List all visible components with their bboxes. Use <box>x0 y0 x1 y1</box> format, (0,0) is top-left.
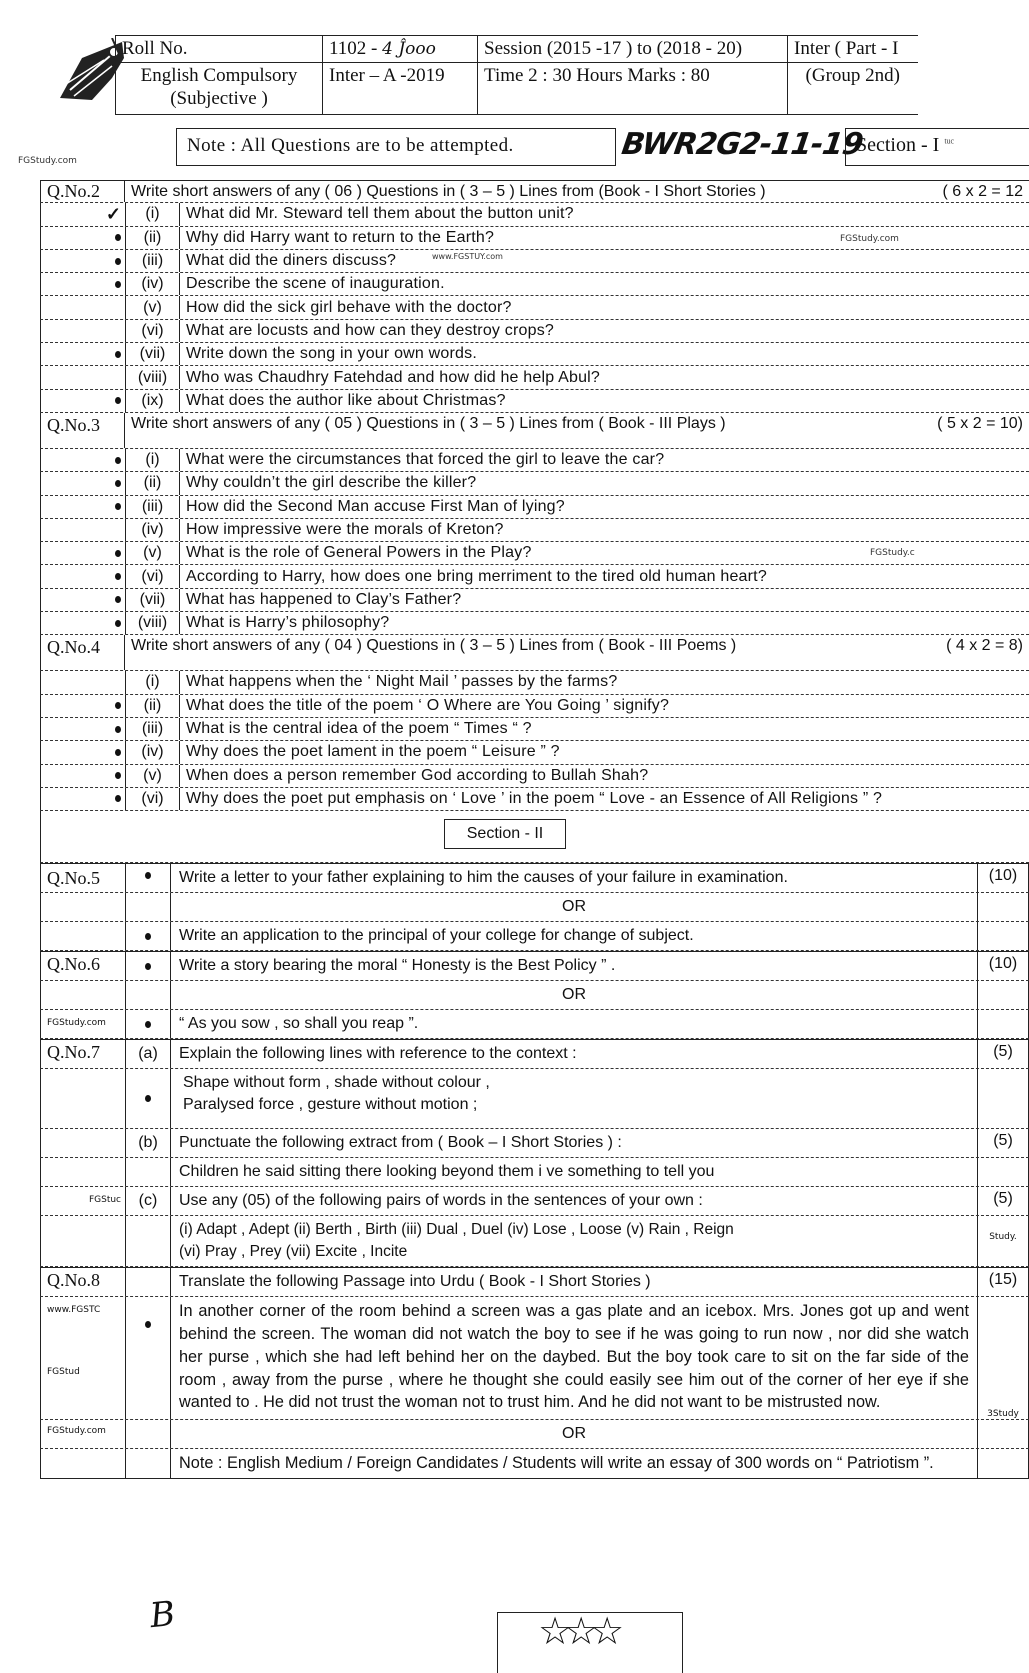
q2-label: Q.No.2 <box>40 181 125 202</box>
bullet-icon <box>145 872 151 879</box>
q4-item-row: (i)What happens when the ‘ Night Mail ’ … <box>40 671 1029 694</box>
bullet-icon <box>115 503 121 510</box>
star-icon: ☆☆☆ <box>538 1613 616 1651</box>
q6-or-row: OR <box>40 981 1029 1010</box>
item-text: Write down the song in your own words. <box>180 343 1029 365</box>
inter-part: Inter ( Part - I <box>788 36 918 63</box>
q6-marks: (10) <box>977 952 1029 980</box>
handwritten-code: BWR2G2-11-19 <box>620 127 865 162</box>
note-all-questions: Note : All Questions are to be attempted… <box>176 128 616 166</box>
q6-row: Q.No.6 Write a story bearing the moral “… <box>40 951 1029 981</box>
item-text: How impressive were the morals of Kreton… <box>180 519 1029 541</box>
item-text: Who was Chaudhry Fatehdad and how did he… <box>180 366 1029 388</box>
item-text: What has happened to Clay’s Father? <box>180 589 1029 611</box>
session: Session (2015 -17 ) to (2018 - 20) <box>478 36 788 63</box>
q3-instruction: Write short answers of any ( 05 ) Questi… <box>125 413 1029 448</box>
q2-item-row: (viii)Who was Chaudhry Fatehdad and how … <box>40 366 1029 389</box>
q7a-line-2: Paralysed force , gesture without motion… <box>183 1094 969 1116</box>
q2-item-row: (vi)What are locusts and how can they de… <box>40 320 1029 343</box>
q7b-extract: Children he said sitting there looking b… <box>170 1158 977 1186</box>
item-text: What is the central idea of the poem “ T… <box>180 718 1029 740</box>
item-number: (i) <box>125 203 180 225</box>
bullet-icon <box>115 772 121 779</box>
watermark: FGStudy.com <box>40 1010 125 1038</box>
q4-item-row: (iii)What is the central idea of the poe… <box>40 718 1029 741</box>
bullet-icon <box>145 1321 151 1328</box>
bullet-icon <box>115 234 121 241</box>
q4-header-row: Q.No.4 Write short answers of any ( 04 )… <box>40 635 1029 671</box>
bullet-icon <box>115 596 121 603</box>
q4-item-row: (v)When does a person remember God accor… <box>40 765 1029 788</box>
item-text: Why did Harry want to return to the Eart… <box>180 227 1029 249</box>
watermark: 3Study <box>977 1297 1029 1419</box>
item-number: (iv) <box>125 519 180 541</box>
q8-passage-row: www.FGSTC FGStud In another corner of th… <box>40 1297 1029 1420</box>
group: (Group 2nd) <box>788 63 918 115</box>
q7a-row: Q.No.7 (a) Explain the following lines w… <box>40 1039 1029 1069</box>
q2-item-row: ✓(i)What did Mr. Steward tell them about… <box>40 203 1029 226</box>
q5-or-row: OR <box>40 893 1029 922</box>
q2-instruction: Write short answers of any ( 06 ) Questi… <box>125 181 1029 202</box>
bullet-icon <box>115 281 121 288</box>
bullet-icon <box>115 550 121 557</box>
item-number: (v) <box>125 765 180 787</box>
item-text: When does a person remember God accordin… <box>180 765 1029 787</box>
q5-marks: (10) <box>977 864 1029 892</box>
bullet-icon <box>115 397 121 404</box>
item-number: (viii) <box>125 366 180 388</box>
q3-item-row: (vi)According to Harry, how does one bri… <box>40 565 1029 588</box>
item-number: (vi) <box>125 565 180 587</box>
bullet-icon <box>115 726 121 733</box>
q7b-text: Punctuate the following extract from ( B… <box>170 1129 977 1157</box>
item-number: (viii) <box>125 612 180 634</box>
q7b-marks: (5) <box>977 1129 1029 1157</box>
q4-item-row: (iv)Why does the poet lament in the poem… <box>40 741 1029 764</box>
item-text: According to Harry, how does one bring m… <box>180 565 1029 587</box>
q7b-label: (b) <box>125 1129 170 1157</box>
section-1-grid: Q.No.2 Write short answers of any ( 06 )… <box>40 180 1029 1479</box>
q4-item-row: (vi)Why does the poet put emphasis on ‘ … <box>40 788 1029 811</box>
watermark: FGStudy.com <box>840 234 899 244</box>
bullet-icon <box>115 351 121 358</box>
item-number: (iv) <box>125 741 180 763</box>
handwritten-signature: B <box>148 1594 177 1636</box>
q7c-label: (c) <box>125 1187 170 1215</box>
item-text: What does the author like about Christma… <box>180 390 1029 412</box>
check-mark-icon: ✓ <box>106 204 121 225</box>
q8-row: Q.No.8 Translate the following Passage i… <box>40 1267 1029 1297</box>
item-number: (ii) <box>125 695 180 717</box>
item-number: (vii) <box>125 589 180 611</box>
q7a-lines-row: Shape without form , shade without colou… <box>40 1069 1029 1129</box>
item-text: How did the sick girl behave with the do… <box>180 296 1029 318</box>
watermark: Study. <box>977 1216 1029 1266</box>
watermark: FGStuc <box>40 1187 125 1215</box>
q7a-text: Explain the following lines with referen… <box>170 1040 977 1068</box>
bullet-icon <box>145 933 151 940</box>
item-number: (vi) <box>125 320 180 342</box>
bullet-icon <box>115 620 121 627</box>
q2-item-row: (iv)Describe the scene of inauguration. <box>40 273 1029 296</box>
q8-passage: In another corner of the room behind a s… <box>170 1297 977 1419</box>
q2-item-row: (iii)What did the diners discuss? <box>40 250 1029 273</box>
item-number: (vi) <box>125 788 180 810</box>
q7b-row: (b) Punctuate the following extract from… <box>40 1129 1029 1158</box>
item-number: (iv) <box>125 273 180 295</box>
item-text: What did the diners discuss? <box>180 250 1029 272</box>
item-number: (i) <box>125 671 180 693</box>
q7a-line-1: Shape without form , shade without colou… <box>183 1072 969 1094</box>
section-2-label: Section - II <box>444 819 566 849</box>
item-number: (ii) <box>125 472 180 494</box>
watermark: www.FGSTUY.com <box>432 252 503 261</box>
item-text: What happens when the ‘ Night Mail ’ pas… <box>180 671 1029 693</box>
q7c-text: Use any (05) of the following pairs of w… <box>170 1187 977 1215</box>
q7c-pairs-row: (i) Adapt , Adept (ii) Berth , Birth (ii… <box>40 1216 1029 1267</box>
q7c-pairs-line-1: (i) Adapt , Adept (ii) Berth , Birth (ii… <box>179 1219 969 1241</box>
q5-alt: Write an application to the principal of… <box>170 922 977 950</box>
item-text: How did the Second Man accuse First Man … <box>180 496 1029 518</box>
q7a-label: (a) <box>125 1040 170 1068</box>
q3-item-row: (vii)What has happened to Clay’s Father? <box>40 589 1029 612</box>
item-text: Why does the poet put emphasis on ‘ Love… <box>180 788 1029 810</box>
q2-item-row: (ix)What does the author like about Chri… <box>40 390 1029 413</box>
item-text: Why couldn’t the girl describe the kille… <box>180 472 1029 494</box>
bullet-icon <box>115 573 121 580</box>
q3-label: Q.No.3 <box>40 413 125 448</box>
q6-text: Write a story bearing the moral “ Honest… <box>170 952 977 980</box>
item-text: What were the circumstances that forced … <box>180 449 1029 471</box>
item-number: (ii) <box>125 227 180 249</box>
item-text: What does the title of the poem ‘ O Wher… <box>180 695 1029 717</box>
bullet-icon <box>115 795 121 802</box>
q3-header-row: Q.No.3 Write short answers of any ( 05 )… <box>40 413 1029 449</box>
watermark: FGStudy.com <box>18 156 77 166</box>
bullet-icon <box>145 1021 151 1028</box>
watermark: FGStudy.c <box>870 548 915 558</box>
q2-item-row: (vii)Write down the song in your own wor… <box>40 343 1029 366</box>
q5-row: Q.No.5 Write a letter to your father exp… <box>40 863 1029 893</box>
bullet-icon <box>115 749 121 756</box>
item-number: (v) <box>125 296 180 318</box>
bullet-icon <box>115 702 121 709</box>
q5-alt-row: Write an application to the principal of… <box>40 922 1029 951</box>
time-marks: Time 2 : 30 Hours Marks : 80 <box>478 63 788 115</box>
q2-header-row: Q.No.2 Write short answers of any ( 06 )… <box>40 180 1029 203</box>
q8-marks: (15) <box>977 1268 1029 1296</box>
q8-label: Q.No.8 <box>40 1268 125 1296</box>
item-text: Why does the poet lament in the poem “ L… <box>180 741 1029 763</box>
q8-note: Note : English Medium / Foreign Candidat… <box>170 1449 977 1478</box>
roll-number: 1102 - 4 Ĵooo <box>323 36 478 63</box>
section-1-label: Section - I tuc <box>845 128 1029 166</box>
item-number: (v) <box>125 542 180 564</box>
q7a-marks: (5) <box>977 1040 1029 1068</box>
q8-or-row: FGStudy.com OR <box>40 1420 1029 1449</box>
item-text: Describe the scene of inauguration. <box>180 273 1029 295</box>
bullet-icon <box>115 258 121 265</box>
q6-alt: “ As you sow , so shall you reap ”. <box>170 1010 977 1038</box>
section-2-header: Section - II <box>40 811 1029 863</box>
q7c-marks: (5) <box>977 1187 1029 1215</box>
q7b-extract-row: Children he said sitting there looking b… <box>40 1158 1029 1187</box>
bullet-icon <box>145 963 151 970</box>
q4-label: Q.No.4 <box>40 635 125 670</box>
q5-text: Write a letter to your father explaining… <box>170 864 977 892</box>
q7c-pairs-line-2: (vi) Pray , Prey (vii) Excite , Incite <box>179 1241 969 1263</box>
q4-item-row: (ii)What does the title of the poem ‘ O … <box>40 695 1029 718</box>
q8-or: OR <box>170 1420 977 1448</box>
subject: English Compulsory (Subjective ) <box>116 63 323 115</box>
q3-item-row: (viii)What is Harry’s philosophy? <box>40 612 1029 635</box>
watermark: FGStud <box>47 1367 125 1377</box>
item-number: (vii) <box>125 343 180 365</box>
item-text: What did Mr. Steward tell them about the… <box>180 203 1029 225</box>
item-number: (ix) <box>125 390 180 412</box>
item-number: (iii) <box>125 496 180 518</box>
q7c-row: FGStuc (c) Use any (05) of the following… <box>40 1187 1029 1216</box>
q6-alt-row: FGStudy.com “ As you sow , so shall you … <box>40 1010 1029 1039</box>
watermark: FGStudy.com <box>40 1420 125 1448</box>
q8-note-row: Note : English Medium / Foreign Candidat… <box>40 1449 1029 1479</box>
q3-item-row: (iv)How impressive were the morals of Kr… <box>40 519 1029 542</box>
q7-label: Q.No.7 <box>40 1040 125 1068</box>
watermark: www.FGSTC <box>47 1305 125 1315</box>
q5-or: OR <box>170 893 977 921</box>
q4-instruction: Write short answers of any ( 04 ) Questi… <box>125 635 1029 670</box>
exam-code: Inter – A -2019 <box>323 63 478 115</box>
q6-label: Q.No.6 <box>40 952 125 980</box>
q5-label: Q.No.5 <box>40 864 125 892</box>
exam-header-table: Roll No. 1102 - 4 Ĵooo Session (2015 -17… <box>115 35 918 115</box>
item-text: What is Harry’s philosophy? <box>180 612 1029 634</box>
item-text: What are locusts and how can they destro… <box>180 320 1029 342</box>
q3-item-row: (i)What were the circumstances that forc… <box>40 449 1029 472</box>
q6-or: OR <box>170 981 977 1009</box>
q3-item-row: (iii)How did the Second Man accuse First… <box>40 496 1029 519</box>
bullet-icon <box>115 457 121 464</box>
q3-item-row: (ii)Why couldn’t the girl describe the k… <box>40 472 1029 495</box>
item-number: (i) <box>125 449 180 471</box>
q2-item-row: (v)How did the sick girl behave with the… <box>40 296 1029 319</box>
item-number: (iii) <box>125 250 180 272</box>
bullet-icon <box>115 480 121 487</box>
roll-label: Roll No. <box>116 36 323 63</box>
bullet-icon <box>145 1095 151 1102</box>
board-stamp: ☆☆☆ <box>497 1612 683 1673</box>
item-number: (iii) <box>125 718 180 740</box>
q8-text: Translate the following Passage into Urd… <box>170 1268 977 1296</box>
